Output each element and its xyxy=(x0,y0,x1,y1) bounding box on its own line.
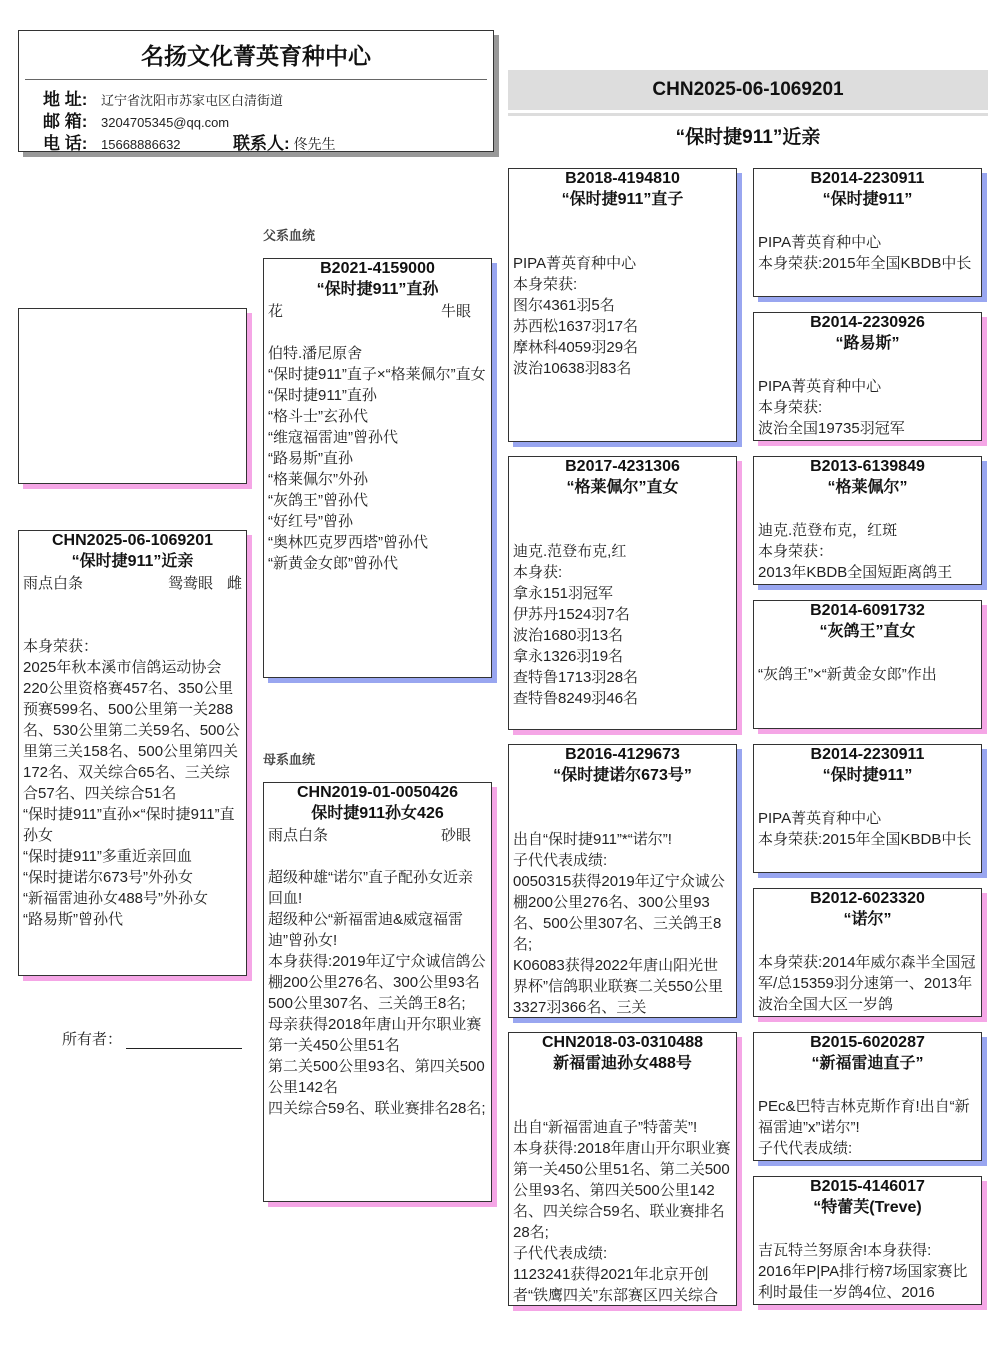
pigeon-name: “保时捷911”直子 xyxy=(509,189,736,211)
pigeon-notes: 本身荣获： 2025年秋本溪市信鸽运动协会220公里资格赛457名、350公里预… xyxy=(19,594,246,930)
breeder-title: 名扬文化菁英育种中心 xyxy=(19,38,493,71)
grandparent-card: B2018-4194810 “保时捷911”直子 PIPA菁英育种中心 本身荣获… xyxy=(508,168,737,442)
sire-line-label: 父系血统 xyxy=(263,225,315,244)
subject-ring-banner: CHN2025-06-1069201 xyxy=(508,70,988,110)
dam-card: CHN2019-01-0050426 保时捷911孙女426 雨点白条 砂眼 超… xyxy=(263,782,492,1202)
ring-number: B2017-4231306 xyxy=(509,457,736,477)
sire-card: B2021-4159000 “保时捷911”直孙 花 牛眼 伯特.潘尼原舍 “保… xyxy=(263,258,492,678)
email-row: 邮 箱: 3204705345@qq.com xyxy=(43,111,493,133)
eye-type: 砂眼 xyxy=(441,825,471,846)
pigeon-name: “保时捷911”近亲 xyxy=(19,551,246,573)
grandparent-card: CHN2018-03-0310488 新福雷迪孙女488号 出自“新福雷迪直子”… xyxy=(508,1032,737,1306)
pigeon-name: “保时捷911”直孙 xyxy=(264,279,491,301)
owner-label: 所有者： xyxy=(62,1028,122,1049)
feather-color: 雨点白条 xyxy=(23,573,83,594)
pigeon-notes: 伯特.潘尼原舍 “保时捷911”直子×“格莱佩尔”直女 “保时捷911”直孙 “… xyxy=(264,322,491,574)
header-divider xyxy=(25,79,487,80)
ring-number: B2018-4194810 xyxy=(509,169,736,189)
dam-line-label: 母系血统 xyxy=(263,749,315,768)
pigeon-notes: 超级种雄“诺尔”直子配孙女近亲回血! 超级种公“新福雷迪&威寇福雷迪”曾孙女! … xyxy=(264,846,491,1119)
phone-label: 电 话: xyxy=(43,133,101,154)
pigeon-name: “灰鸽王”直女 xyxy=(754,621,981,643)
great-grandparent-card: B2014-2230911 “保时捷911” PIPA菁英育种中心 本身荣获:2… xyxy=(753,744,982,873)
email-label: 邮 箱: xyxy=(43,111,101,132)
ring-number: CHN2019-01-0050426 xyxy=(264,783,491,803)
pigeon-photo-frame xyxy=(18,308,247,484)
pigeon-notes: 迪克.范登布克,红 本身获: 拿永151羽冠军 伊苏丹1524羽7名 波治168… xyxy=(509,499,736,709)
ring-number: B2014-2230911 xyxy=(754,169,981,189)
ring-number: B2014-6091732 xyxy=(754,601,981,621)
pigeon-notes: 吉瓦特兰努原舍!本身获得: 2016年P|PA排行榜7场国家赛比利时最佳一岁鸽4… xyxy=(754,1219,981,1303)
pigeon-name: “特蕾芙(Treve) xyxy=(754,1197,981,1219)
ring-number: B2014-2230911 xyxy=(754,745,981,765)
grandparent-card: B2016-4129673 “保时捷诺尔673号” 出自“保时捷911”*“诺尔… xyxy=(508,744,737,1018)
sex: 雌 xyxy=(227,573,242,594)
pigeon-name: “诺尔” xyxy=(754,909,981,931)
pigeon-notes: 出自“保时捷911”*“诺尔”! 子代代表成绩: 0050315获得2019年辽… xyxy=(509,787,736,1018)
ring-number: B2016-4129673 xyxy=(509,745,736,765)
ring-number: B2021-4159000 xyxy=(264,259,491,279)
ring-number: B2015-6020287 xyxy=(754,1033,981,1053)
pigeon-name: “保时捷诺尔673号” xyxy=(509,765,736,787)
contact-label: 联系人: xyxy=(233,133,290,154)
breeder-header: 名扬文化菁英育种中心 地 址: 辽宁省沈阳市苏家屯区白清街道 邮 箱: 3204… xyxy=(18,30,494,152)
address-label: 地 址: xyxy=(43,89,101,110)
owner-blank xyxy=(126,1033,242,1049)
pigeon-name: “路易斯” xyxy=(754,333,981,355)
pigeon-name: 新福雷迪孙女488号 xyxy=(509,1053,736,1075)
subject-card: CHN2025-06-1069201 “保时捷911”近亲 雨点白条 鸳鸯眼 雌… xyxy=(18,530,247,976)
ring-number: B2014-2230926 xyxy=(754,313,981,333)
subject-name-banner: “保时捷911”近亲 xyxy=(508,122,988,149)
feather-color: 花 xyxy=(268,301,283,322)
ring-number: CHN2025-06-1069201 xyxy=(19,531,246,551)
great-grandparent-card: B2014-2230926 “路易斯” PIPA菁英育种中心 本身荣获: 波治全… xyxy=(753,312,982,441)
feather-color: 雨点白条 xyxy=(268,825,328,846)
pigeon-name: “格莱佩尔” xyxy=(754,477,981,499)
ring-number: CHN2018-03-0310488 xyxy=(509,1033,736,1053)
ring-number: B2013-6139849 xyxy=(754,457,981,477)
address-value: 辽宁省沈阳市苏家屯区白清街道 xyxy=(101,90,283,111)
eye-type: 鸳鸯眼 xyxy=(168,573,213,594)
pigeon-notes: “灰鸽王”×“新黄金女郎”作出 xyxy=(754,643,981,685)
ring-number: B2012-6023320 xyxy=(754,889,981,909)
pigeon-notes: PEc&巴特吉林克斯作育!出自“新福雷迪”x”诺尔”! 子代代表成绩: xyxy=(754,1075,981,1159)
pigeon-notes: 迪克.范登布克，红斑 本身荣获： 2013年KBDB全国短距离鸽王 xyxy=(754,499,981,583)
great-grandparent-card: B2015-6020287 “新福雷迪直子” PEc&巴特吉林克斯作育!出自“新… xyxy=(753,1032,982,1161)
contact-value: 佟先生 xyxy=(294,134,336,155)
pigeon-name: “新福雷迪直子” xyxy=(754,1053,981,1075)
great-grandparent-card: B2012-6023320 “诺尔” 本身荣获:2014年威尔森半全国冠军/总1… xyxy=(753,888,982,1017)
pigeon-traits: 雨点白条 砂眼 xyxy=(264,825,491,846)
pigeon-notes: PIPA菁英育种中心 本身荣获:2015年全国KBDB中长 xyxy=(754,211,981,274)
great-grandparent-card: B2013-6139849 “格莱佩尔” 迪克.范登布克，红斑 本身荣获： 20… xyxy=(753,456,982,585)
pigeon-name: “保时捷911” xyxy=(754,189,981,211)
pigeon-traits: 雨点白条 鸳鸯眼 雌 xyxy=(19,573,246,594)
great-grandparent-card: B2014-2230911 “保时捷911” PIPA菁英育种中心 本身荣获:2… xyxy=(753,168,982,297)
pigeon-notes: PIPA菁英育种中心 本身荣获:2015年全国KBDB中长 xyxy=(754,787,981,850)
phone-row: 电 话: 15668886632 联系人: 佟先生 xyxy=(43,133,493,155)
pigeon-notes: PIPA菁英育种中心 本身荣获: 图尔4361羽5名 苏西松1637羽17名 摩… xyxy=(509,211,736,379)
great-grandparent-card: B2015-4146017 “特蕾芙(Treve) 吉瓦特兰努原舍!本身获得: … xyxy=(753,1176,982,1305)
pigeon-name: “保时捷911” xyxy=(754,765,981,787)
pigeon-traits: 花 牛眼 xyxy=(264,301,491,322)
pigeon-name: “格莱佩尔”直女 xyxy=(509,477,736,499)
grandparent-card: B2017-4231306 “格莱佩尔”直女 迪克.范登布克,红 本身获: 拿永… xyxy=(508,456,737,730)
email-value: 3204705345@qq.com xyxy=(101,112,229,133)
great-grandparent-card: B2014-6091732 “灰鸽王”直女 “灰鸽王”×“新黄金女郎”作出 xyxy=(753,600,982,729)
banner-divider xyxy=(508,113,988,116)
pigeon-notes: 出自“新福雷迪直子”特蕾芙”! 本身获得:2018年唐山开尔职业赛第一关450公… xyxy=(509,1075,736,1306)
address-row: 地 址: 辽宁省沈阳市苏家屯区白清街道 xyxy=(43,89,493,111)
pigeon-notes: 本身荣获:2014年威尔森半全国冠军/总15359羽分速第一、2013年波治全国… xyxy=(754,931,981,1015)
phone-value: 15668886632 xyxy=(101,134,189,155)
eye-type: 牛眼 xyxy=(441,301,471,322)
ring-number: B2015-4146017 xyxy=(754,1177,981,1197)
owner-field: 所有者： xyxy=(62,1028,242,1049)
pigeon-notes: PIPA菁英育种中心 本身荣获: 波治全国19735羽冠军 xyxy=(754,355,981,439)
pigeon-name: 保时捷911孙女426 xyxy=(264,803,491,825)
